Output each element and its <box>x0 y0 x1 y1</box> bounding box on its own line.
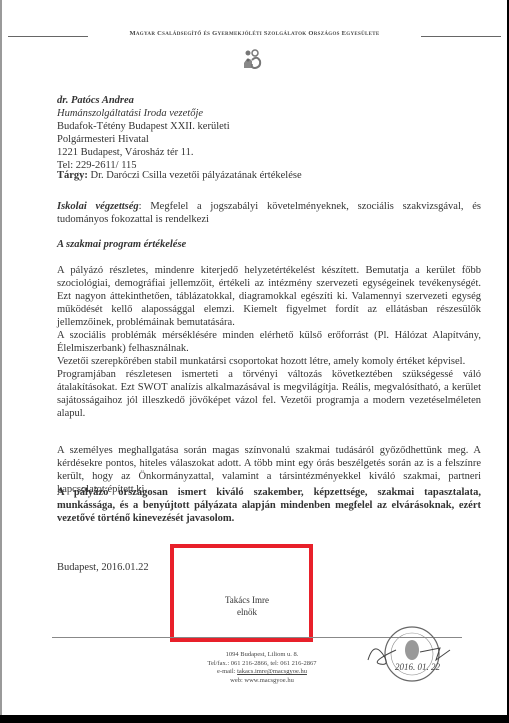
recipient-block: dr. Patócs Andrea Humánszolgáltatási Iro… <box>57 94 230 172</box>
footer-email-link[interactable]: takacs.imre@macsgyoe.hu <box>237 668 307 675</box>
highlight-annotation-box <box>170 544 313 642</box>
subject-label: Tárgy: <box>57 170 88 181</box>
evaluation-paragraphs: A pályázó részletes, mindenre kiterjedő … <box>57 264 481 420</box>
recipient-role: Humánszolgáltatási Iroda vezetője <box>57 107 230 120</box>
organization-name: Magyar Családsegítő és Gyermekjóléti Szo… <box>2 30 507 37</box>
footer-email-label: e-mail: <box>217 668 237 675</box>
family-logo-icon <box>242 49 262 71</box>
paragraph: A pályázó részletes, mindenre kiterjedő … <box>57 264 481 329</box>
section-title: A szakmai program értékelése <box>57 238 186 251</box>
education-paragraph: Iskolai végzettség: Megfelel a jogszabál… <box>57 200 481 226</box>
date-line: Budapest, 2016.01.22 <box>57 561 149 574</box>
paragraph: Vezetői szerepkörében stabil munkatársi … <box>57 355 481 368</box>
footer-web[interactable]: web: www.macsgyoe.hu <box>162 677 362 686</box>
document-page: Magyar Családsegítő és Gyermekjóléti Szo… <box>0 0 507 715</box>
footer-contact: 1094 Budapest, Liliom u. 8. Tel/fax.: 06… <box>162 651 362 685</box>
conclusion-paragraph: A pályázó országosan ismert kiváló szake… <box>57 486 481 525</box>
svg-text:2016. 01. 22: 2016. 01. 22 <box>395 662 441 672</box>
recipient-line: Polgármesteri Hivatal <box>57 133 230 146</box>
footer-phone: Tel/fax.: 061 216-2866, tel: 061 216-286… <box>162 660 362 669</box>
footer-email-line: e-mail: takacs.imre@macsgyoe.hu <box>162 668 362 677</box>
recipient-name: dr. Patócs Andrea <box>57 94 230 107</box>
paragraph: A szociális problémák mérséklésére minde… <box>57 329 481 355</box>
recipient-line: 1221 Budapest, Városház tér 11. <box>57 146 230 159</box>
subject-text: Dr. Daróczi Csilla vezetői pályázatának … <box>88 170 302 181</box>
footer-address: 1094 Budapest, Liliom u. 8. <box>162 651 362 660</box>
subject-line: Tárgy: Dr. Daróczi Csilla vezetői pályáz… <box>57 169 302 182</box>
education-label: Iskolai végzettség <box>57 201 139 212</box>
official-stamp-icon: 2016. 01. 22 <box>360 620 456 690</box>
recipient-line: Budafok-Tétény Budapest XXII. kerületi <box>57 120 230 133</box>
paragraph: Programjában részletesen ismerteti a tör… <box>57 368 481 420</box>
